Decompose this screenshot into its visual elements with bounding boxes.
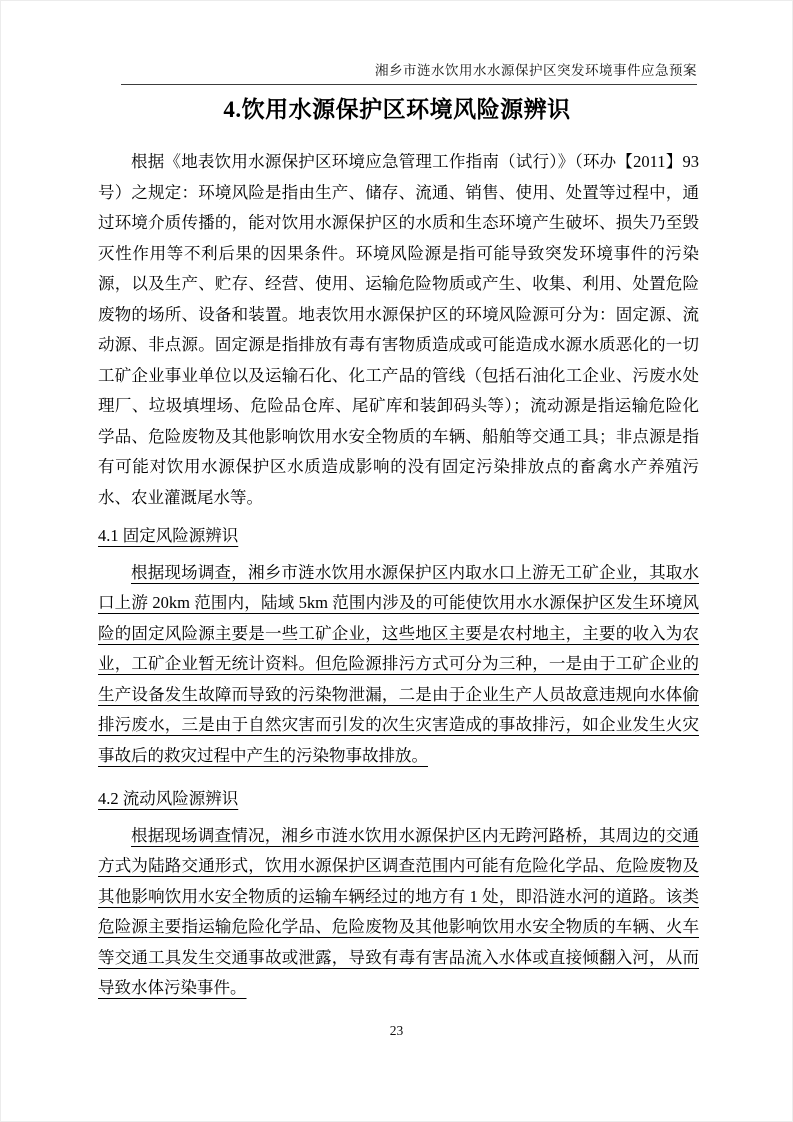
document-body: 根据《地表饮用水源保护区环境应急管理工作指南（试行）》（环办【2011】93 号…: [98, 147, 699, 1004]
section-heading-4-2: 4.2 流动风险源辨识: [98, 784, 699, 815]
document-page: 湘乡市涟水饮用水水源保护区突发环境事件应急预案 4.饮用水源保护区环境风险源辨识…: [0, 0, 793, 1122]
header-text: 湘乡市涟水饮用水水源保护区突发环境事件应急预案: [375, 63, 697, 78]
section-heading-4-1: 4.1 固定风险源辨识: [98, 521, 699, 552]
page-number: 23: [390, 1023, 404, 1038]
chapter-title: 4.饮用水源保护区环境风险源辨识: [97, 91, 697, 124]
intro-paragraph: 根据《地表饮用水源保护区环境应急管理工作指南（试行）》（环办【2011】93 号…: [98, 147, 699, 513]
section-4-1-paragraph: 根据现场调查，湘乡市涟水饮用水源保护区内取水口上游无工矿企业，其取水口上游 20…: [98, 558, 699, 772]
section-4-2-paragraph: 根据现场调查情况，湘乡市涟水饮用水源保护区内无跨河路桥，其周边的交通方式为陆路交…: [98, 821, 699, 1004]
page-footer: 23: [1, 1023, 792, 1039]
page-header: 湘乡市涟水饮用水水源保护区突发环境事件应急预案: [121, 59, 697, 85]
